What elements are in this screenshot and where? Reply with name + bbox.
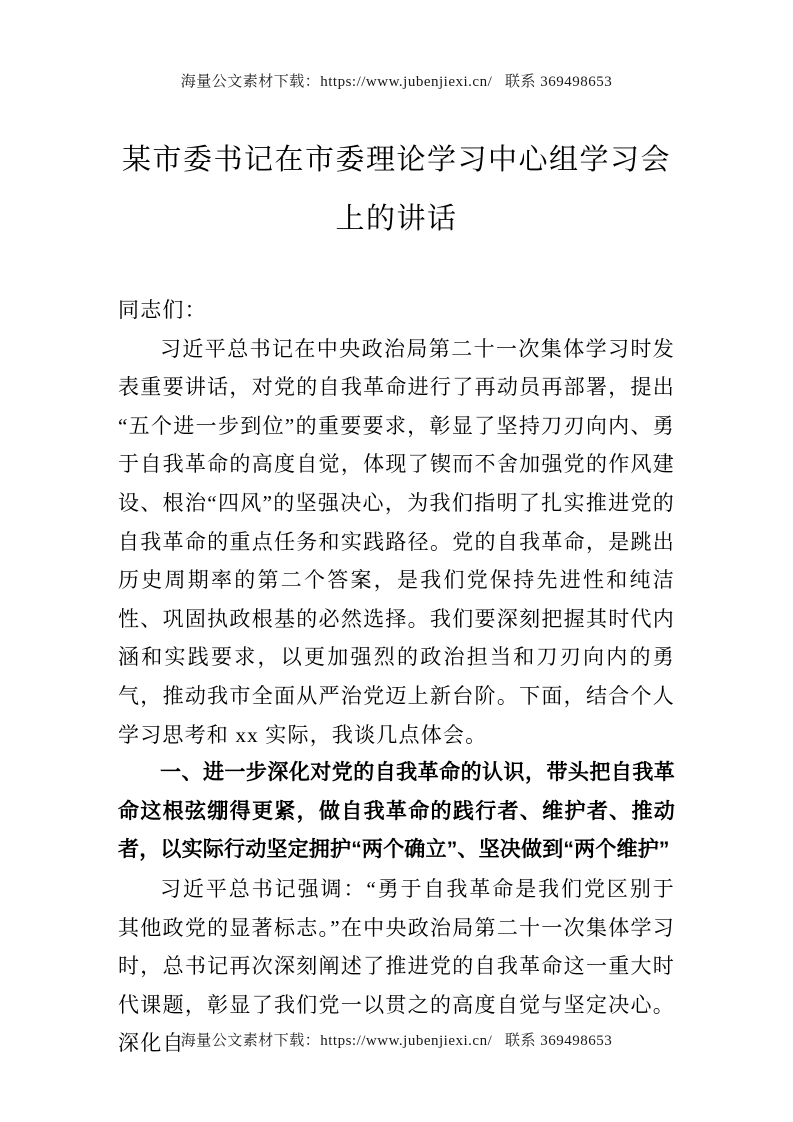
body-paragraph: 习近平总书记在中央政治局第二十一次集体学习时发表重要讲话，对党的自我革命进行了再… bbox=[118, 330, 675, 755]
page-footer-watermark: 海量公文素材下载：https://www.jubenjiexi.cn/ 联系 3… bbox=[0, 1030, 793, 1052]
salutation: 同志们： bbox=[118, 291, 675, 330]
document-page: 海量公文素材下载：https://www.jubenjiexi.cn/ 联系 3… bbox=[0, 0, 793, 1122]
document-body: 同志们： 习近平总书记在中央政治局第二十一次集体学习时发表重要讲话，对党的自我革… bbox=[118, 291, 675, 1063]
section-heading: 一、进一步深化对党的自我革命的认识，带头把自我革命这根弦绷得更紧，做自我革命的践… bbox=[118, 754, 675, 870]
page-header-watermark: 海量公文素材下载：https://www.jubenjiexi.cn/ 联系 3… bbox=[0, 71, 793, 93]
document-title: 某市委书记在市委理论学习中心组学习会上的讲话 bbox=[118, 131, 675, 249]
